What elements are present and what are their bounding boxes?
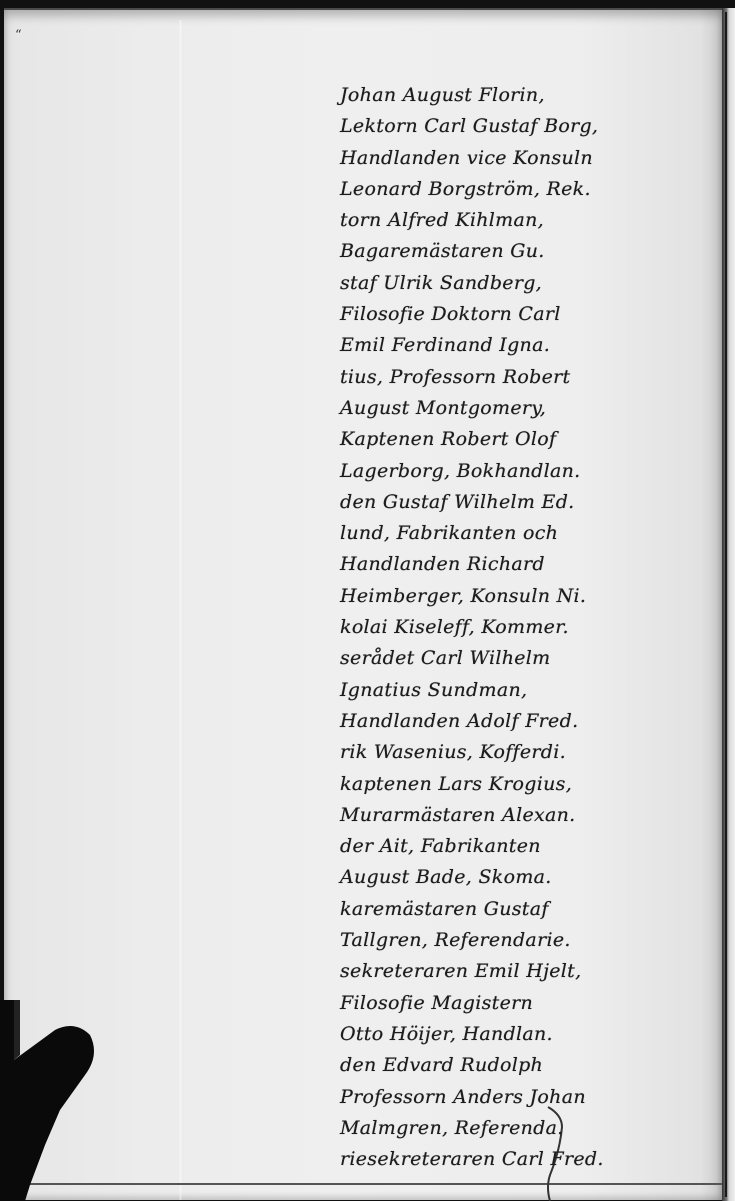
- text-line: Malmgren, Referenda.: [340, 1113, 715, 1144]
- text-line: Professorn Anders Johan: [340, 1082, 715, 1113]
- text-line: Ignatius Sundman,: [340, 675, 715, 706]
- text-line: Lagerborg, Bokhandlan.: [340, 456, 715, 487]
- text-line: Filosofie Magistern: [340, 988, 715, 1019]
- text-line: sekreteraren Emil Hjelt,: [340, 956, 715, 987]
- text-line: staf Ulrik Sandberg,: [340, 268, 715, 299]
- page-edge-line: [725, 12, 727, 1197]
- text-line: Lektorn Carl Gustaf Borg,: [340, 111, 715, 142]
- corner-ink-mark: “: [15, 28, 22, 43]
- text-line: rik Wasenius, Kofferdi.: [340, 737, 715, 768]
- text-line: Kaptenen Robert Olof: [340, 424, 715, 455]
- text-line: Murarmästaren Alexan.: [340, 800, 715, 831]
- text-line: Handlanden Adolf Fred.: [340, 706, 715, 737]
- text-line: riesekreteraren Carl Fred.: [340, 1144, 715, 1175]
- thumb-shadow-icon: [0, 1000, 100, 1201]
- text-line: Johan August Florin,: [340, 80, 715, 111]
- text-line: tius, Professorn Robert: [340, 362, 715, 393]
- text-line: Heimberger, Konsuln Ni.: [340, 581, 715, 612]
- page-right-edge: [722, 8, 735, 1201]
- text-line: Otto Höijer, Handlan.: [340, 1019, 715, 1050]
- text-line: den Edvard Rudolph: [340, 1050, 715, 1081]
- text-line: Filosofie Doktorn Carl: [340, 299, 715, 330]
- handwritten-text-block: Johan August Florin, Lektorn Carl Gustaf…: [340, 80, 715, 1175]
- text-line: Bagaremästaren Gu.: [340, 236, 715, 267]
- text-line: der Ait, Fabrikanten: [340, 831, 715, 862]
- text-line: karemästaren Gustaf: [340, 894, 715, 925]
- text-line: Emil Ferdinand Igna.: [340, 330, 715, 361]
- text-line: August Bade, Skoma.: [340, 862, 715, 893]
- text-line: serådet Carl Wilhelm: [340, 643, 715, 674]
- text-line: Handlanden Richard: [340, 549, 715, 580]
- text-line: torn Alfred Kihlman,: [340, 205, 715, 236]
- text-line: Leonard Borgström, Rek.: [340, 174, 715, 205]
- page-fold-highlight: [179, 20, 182, 1200]
- text-line: den Gustaf Wilhelm Ed.: [340, 487, 715, 518]
- text-line: lund, Fabrikanten och: [340, 518, 715, 549]
- text-line: Tallgren, Referendarie.: [340, 925, 715, 956]
- page-bottom-edge: [18, 1183, 722, 1185]
- text-line: August Montgomery,: [340, 393, 715, 424]
- text-line: kolai Kiseleff, Kommer.: [340, 612, 715, 643]
- text-line: kaptenen Lars Krogius,: [340, 769, 715, 800]
- text-line: Handlanden vice Konsuln: [340, 143, 715, 174]
